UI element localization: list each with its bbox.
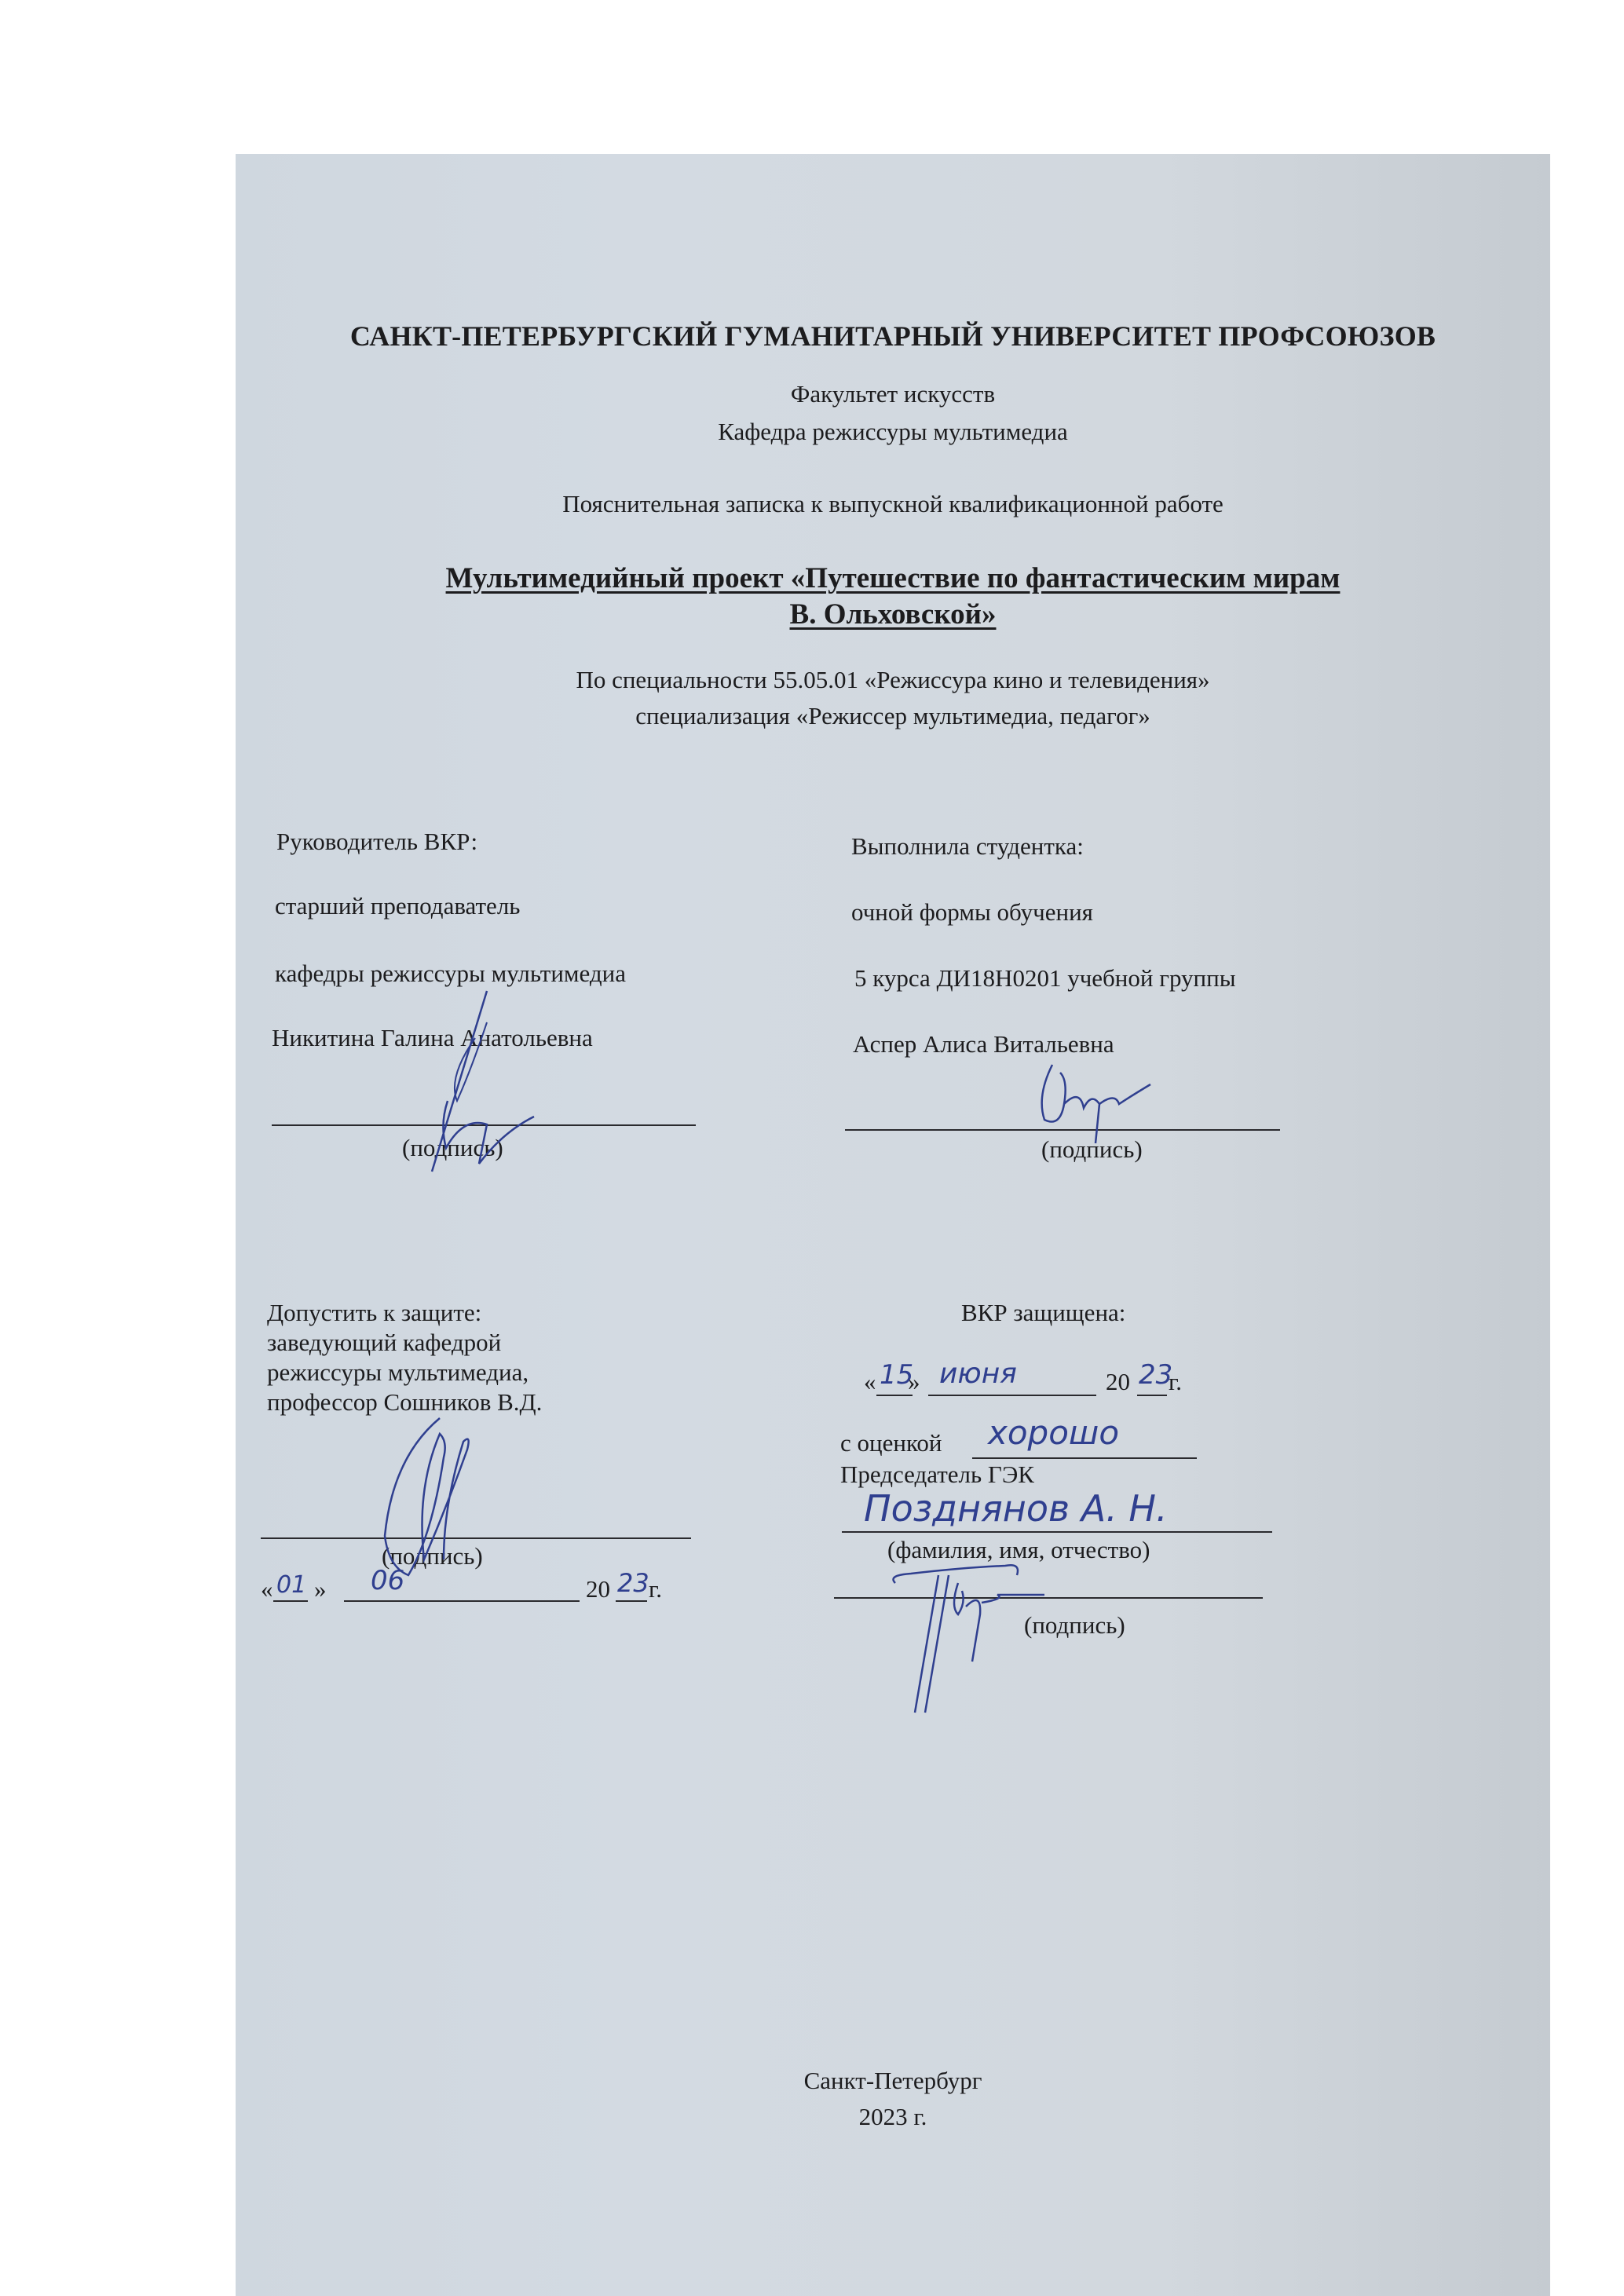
project-title-line-1: Мультимедийный проект «Путешествие по фа…: [236, 564, 1550, 593]
supervisor-department: кафедры режиссуры мультимедиа: [275, 961, 626, 985]
admission-date-year: 23: [617, 1570, 649, 1596]
chairman-name-caption: (фамилия, имя, отчество): [887, 1537, 1150, 1562]
student-group: 5 курса ДИ18Н0201 учебной группы: [854, 966, 1236, 990]
admission-date-close-quote: »: [314, 1577, 327, 1601]
admission-head-department: режиссуры мультимедиа,: [267, 1360, 529, 1384]
specialty: По специальности 55.05.01 «Режиссура кин…: [236, 667, 1550, 692]
defense-label: ВКР защищена:: [961, 1300, 1125, 1325]
defense-month-line: [928, 1395, 1096, 1396]
student-study-form: очной формы обучения: [851, 900, 1093, 924]
footer-year: 2023 г.: [236, 2104, 1550, 2129]
admission-year-suffix: г.: [649, 1577, 662, 1601]
defense-year-line: [1137, 1395, 1167, 1396]
supervisor-signature: [401, 991, 542, 1183]
grade-value: хорошо: [988, 1417, 1119, 1450]
faculty-name: Факультет искусств: [236, 382, 1550, 406]
footer-city: Санкт-Петербург: [236, 2068, 1550, 2093]
admission-month-line: [344, 1600, 580, 1602]
admission-date-month: 06: [371, 1567, 404, 1594]
defense-date-close-quote: »: [908, 1369, 920, 1394]
admission-date-open-quote: «: [261, 1577, 273, 1601]
project-title-line-2: В. Ольховской»: [236, 600, 1550, 629]
specialization: специализация «Режиссер мультимедиа, пед…: [236, 704, 1550, 728]
chairman-label: Председатель ГЭК: [840, 1462, 1034, 1486]
chairman-name: Позднянов А. Н.: [864, 1490, 1168, 1526]
supervisor-label: Руководитель ВКР:: [276, 829, 477, 854]
department-name: Кафедра режиссуры мультимедиа: [236, 419, 1550, 444]
admission-date-day: 01: [276, 1574, 306, 1597]
title-page: САНКТ-ПЕТЕРБУРГСКИЙ ГУМАНИТАРНЫЙ УНИВЕРС…: [236, 154, 1550, 2296]
student-signature: [1021, 1057, 1154, 1147]
defense-date-month: июня: [939, 1360, 1017, 1388]
defense-year-prefix: 20: [1106, 1369, 1130, 1394]
student-name: Аспер Алиса Витальевна: [853, 1032, 1114, 1056]
admission-year-line: [616, 1600, 647, 1602]
chairman-signature: [880, 1559, 1099, 1720]
defense-date-open-quote: «: [864, 1369, 876, 1394]
admission-head-title: заведующий кафедрой: [267, 1330, 501, 1355]
admission-label: Допустить к защите:: [267, 1300, 481, 1325]
grade-line: [972, 1457, 1197, 1459]
student-label: Выполнила студентка:: [851, 834, 1084, 858]
defense-year-suffix: г.: [1169, 1369, 1182, 1394]
grade-label: с оценкой: [840, 1431, 942, 1455]
document-type: Пояснительная записка к выпускной квалиф…: [236, 492, 1550, 516]
admission-year-prefix: 20: [586, 1577, 610, 1601]
defense-date-year: 23: [1139, 1362, 1172, 1388]
chairman-name-line: [842, 1531, 1272, 1533]
admission-day-line: [273, 1600, 308, 1602]
university-name: САНКТ-ПЕТЕРБУРГСКИЙ ГУМАНИТАРНЫЙ УНИВЕРС…: [236, 322, 1550, 350]
supervisor-position: старший преподаватель: [275, 894, 520, 918]
